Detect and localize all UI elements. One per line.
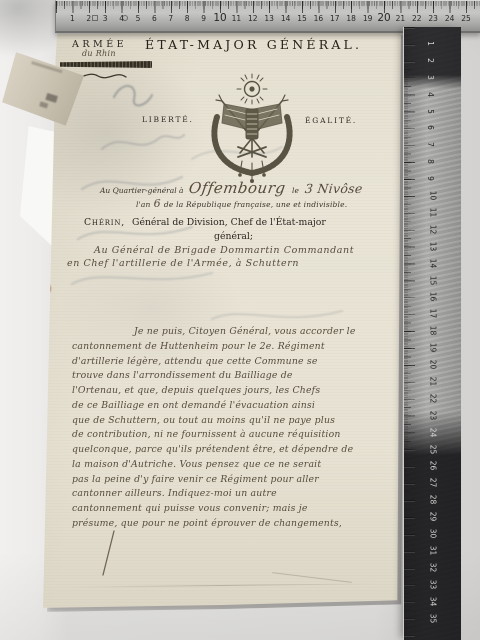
side-ruler-number: 26 <box>428 461 437 471</box>
side-ruler-number: 28 <box>428 495 437 505</box>
side-ruler-number: 22 <box>428 394 437 404</box>
ornament-band <box>60 61 152 68</box>
body-text: Je ne puis, Citoyen Général, vous accord… <box>72 325 382 532</box>
side-ruler-number: 31 <box>428 546 437 556</box>
side-ruler-number: 30 <box>428 529 437 539</box>
top-ruler-number: 8 <box>185 14 190 23</box>
pen-flourish <box>100 529 118 577</box>
side-ruler-number: 25 <box>428 444 437 454</box>
republican-emblem-icon <box>205 73 299 185</box>
top-ruler-number: 9 <box>201 14 206 23</box>
side-ruler-number: 10 <box>428 191 437 201</box>
body-line: cantonnement de Huttenheim pour le 2e. R… <box>72 340 382 355</box>
motto-egalite: ÉGALITÉ. <box>305 116 357 125</box>
side-ruler-number: 33 <box>428 579 437 589</box>
side-ruler-number: 11 <box>428 208 437 218</box>
dateline-year-line: l'an 6 de la République française, une e… <box>136 197 347 210</box>
crease-line-right <box>272 572 352 583</box>
side-ruler-number: 12 <box>428 225 437 235</box>
photo-scene: ARMÉE du Rhin ÉTAT-MAJOR GÉNÉRAL. <box>0 0 480 640</box>
side-ruler-number: 2 <box>426 58 435 63</box>
sender-title: Général de Division, Chef de l'État-majo… <box>132 217 326 228</box>
side-ruler-number: 15 <box>428 275 437 285</box>
body-line: cantonnement qui puisse vous convenir; m… <box>72 502 382 517</box>
side-ruler-number: 16 <box>428 292 437 302</box>
side-ruler-number: 27 <box>428 478 437 488</box>
sender-line: Chérin, Général de Division, Chef de l'É… <box>84 217 326 228</box>
tag-stamp-mark <box>45 93 58 103</box>
dateline-an-suffix: de la République française, une et indiv… <box>164 200 348 209</box>
top-ruler-number: 12 <box>248 14 258 23</box>
top-ruler-number: 2 <box>86 14 91 23</box>
body-line: la maison d'Autriche. Vous pensez que ce… <box>72 458 382 473</box>
side-ruler-number: 35 <box>428 613 437 623</box>
side-ruler-number: 8 <box>426 159 435 164</box>
body-line: de ce Bailliage en ont demandé l'évacuat… <box>72 399 382 414</box>
side-ruler-number: 3 <box>426 75 435 80</box>
body-line: de contribution, ni ne fournissent à auc… <box>72 428 382 443</box>
sender-line2: général; <box>214 231 253 242</box>
top-ruler-number: 3 <box>103 14 108 23</box>
top-ruler-number: 25 <box>461 14 471 23</box>
document-sheet: ARMÉE du Rhin ÉTAT-MAJOR GÉNÉRAL. <box>42 29 402 609</box>
side-ruler-number: 4 <box>426 92 435 97</box>
side-ruler-number: 6 <box>426 126 435 131</box>
side-ruler-number: 21 <box>428 377 437 387</box>
top-ruler-number: 18 <box>346 14 356 23</box>
top-ruler-number: 17 <box>330 14 340 23</box>
top-ruler-number: 23 <box>428 14 438 23</box>
side-ruler-number: 17 <box>428 309 437 319</box>
dateline-le: le <box>292 186 299 195</box>
top-ruler-number: 20 <box>377 12 390 24</box>
top-ruler-number: 16 <box>314 14 324 23</box>
top-ruler-number: 13 <box>264 14 274 23</box>
recipient-line1: Au Général de Brigade Dommartin Commanda… <box>94 245 354 256</box>
body-line: cantonner ailleurs. Indiquez-moi un autr… <box>72 487 382 502</box>
top-ruler-number: 22 <box>412 14 422 23</box>
top-ruler-number: 21 <box>396 14 406 23</box>
top-ruler-number: 24 <box>445 14 455 23</box>
top-ruler-number: 7 <box>168 14 173 23</box>
dateline-an-prefix: l'an <box>136 200 151 209</box>
army-handwritten-note: du Rhin <box>82 49 116 58</box>
top-ruler-number: 1 <box>70 14 75 23</box>
side-ruler-number: 14 <box>428 258 437 268</box>
dateline-date: 3 Nivôse <box>304 181 363 196</box>
body-line: présume, que pour ne point éprouver de c… <box>72 517 382 532</box>
body-line: quelconque, parce qu'ils prétendent être… <box>72 443 382 458</box>
top-ruler-number: 19 <box>363 14 373 23</box>
body-line: d'artillerie légère, attendu que cette C… <box>72 355 382 370</box>
side-ruler: 1234567891011121314151617181920212223242… <box>403 27 461 640</box>
side-ruler-number: 7 <box>426 142 435 147</box>
side-ruler-number: 32 <box>428 563 437 573</box>
side-ruler-number: 29 <box>428 512 437 522</box>
side-ruler-number: 19 <box>428 343 437 353</box>
top-ruler-number: 15 <box>297 14 307 23</box>
top-ruler-number: 5 <box>136 14 141 23</box>
body-line: trouve dans l'arrondissement du Bailliag… <box>72 369 382 384</box>
dateline: Au Quartier-général à Offembourg le 3 Ni… <box>100 179 363 197</box>
side-ruler-number: 20 <box>428 360 437 370</box>
motto-liberte: LIBERTÉ. <box>142 115 194 124</box>
sender-name: Chérin, <box>84 217 125 228</box>
side-ruler-number: 18 <box>428 326 437 336</box>
document-title: ÉTAT-MAJOR GÉNÉRAL. <box>145 37 362 52</box>
top-ruler-number: 10 <box>213 12 226 24</box>
side-ruler-number: 1 <box>426 41 435 46</box>
dateline-an-year: 6 <box>154 197 161 210</box>
side-ruler-number: 5 <box>426 109 435 114</box>
side-ruler-number: 9 <box>426 176 435 181</box>
side-ruler-number: 34 <box>428 596 437 606</box>
side-ruler-number: 24 <box>428 427 437 437</box>
side-ruler-number: 23 <box>428 410 437 420</box>
body-line: que de Schuttern, ou tout au moins qu'il… <box>72 414 382 429</box>
wax-mark <box>44 283 51 294</box>
tag-stamp-mark-2 <box>39 101 48 108</box>
body-line: l'Ortenau, et que, depuis quelques jours… <box>72 384 382 399</box>
recipient-line2: en Chef l'artillerie de l'Armée, à Schut… <box>67 258 299 269</box>
top-ruler-number: 4 <box>119 14 124 23</box>
body-line: Je ne puis, Citoyen Général, vous accord… <box>72 325 382 340</box>
top-ruler-number: 14 <box>281 14 291 23</box>
crease-line <box>71 583 377 587</box>
top-ruler-number: 11 <box>232 14 242 23</box>
dateline-place: Offembourg <box>188 179 287 197</box>
body-line: pas la peine d'y faire venir ce Régiment… <box>72 473 382 488</box>
dateline-prefix: Au Quartier-général à <box>100 186 183 195</box>
top-ruler-number: 6 <box>152 14 157 23</box>
side-ruler-number: 13 <box>428 241 437 251</box>
